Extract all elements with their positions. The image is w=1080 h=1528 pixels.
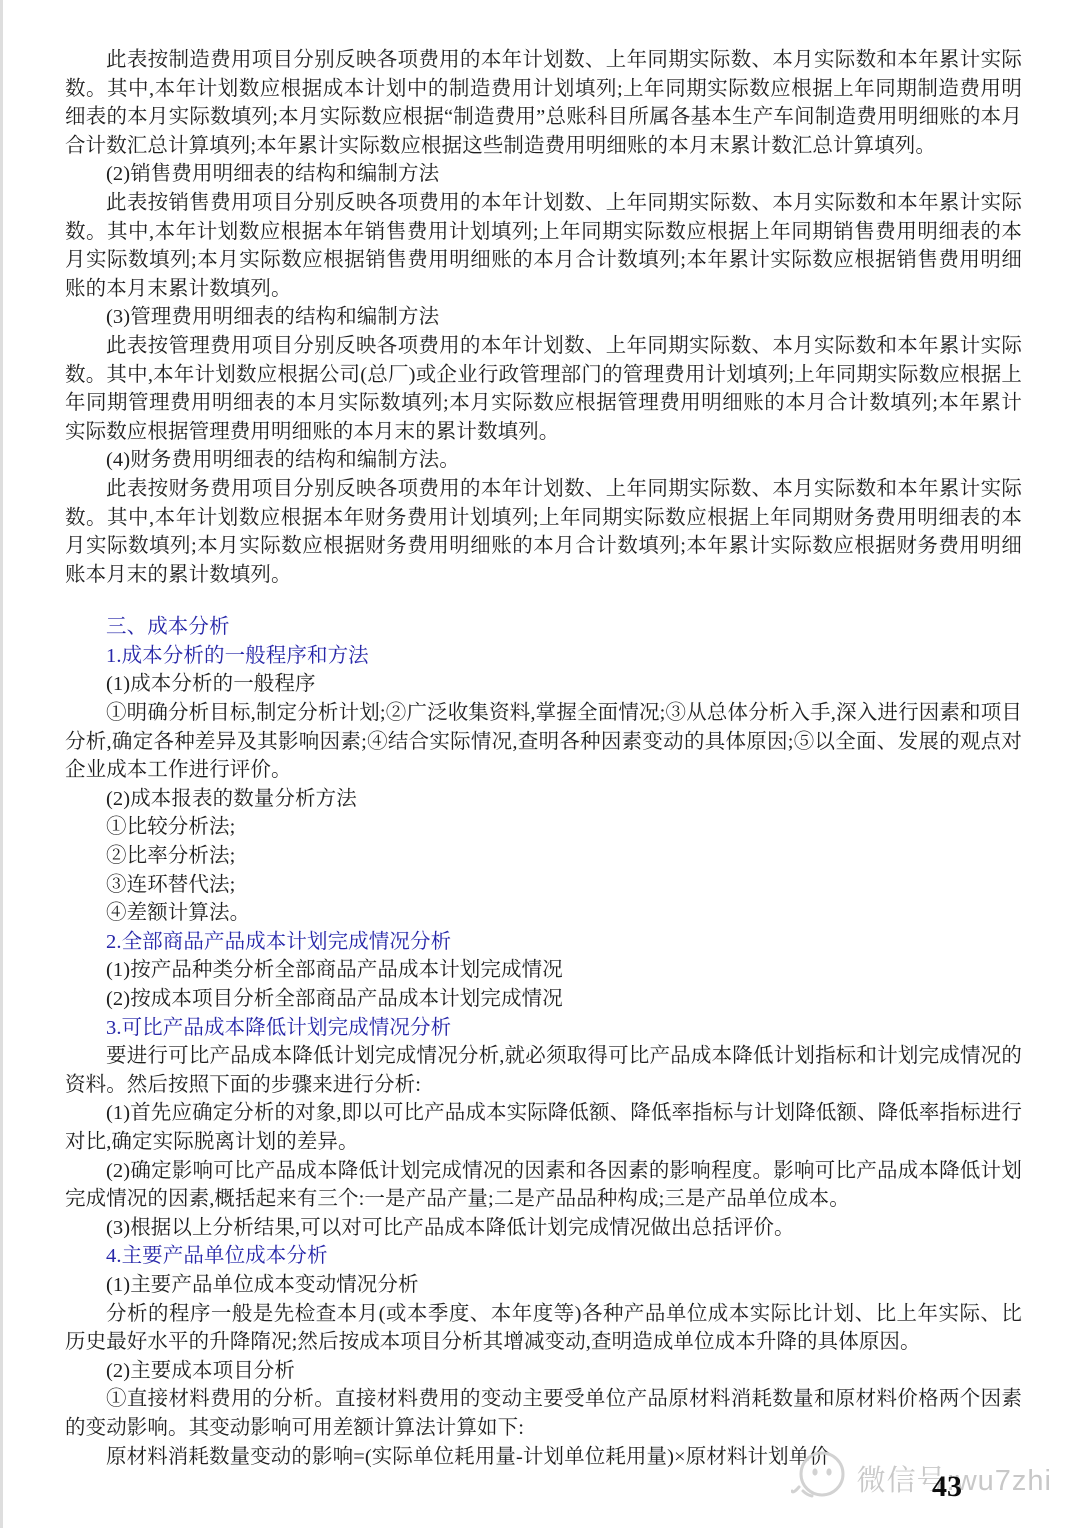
paragraph: (3)管理费用明细表的结构和编制方法 — [65, 303, 1022, 332]
paragraph: (2)按成本项目分析全部商品产品成本计划完成情况 — [65, 985, 1022, 1014]
paragraph: ①明确分析目标,制定分析计划;②广泛收集资料,掌握全面情况;③从总体分析入手,深… — [65, 699, 1022, 785]
paragraph: (1)成本分析的一般程序 — [65, 670, 1022, 699]
paragraph: ④差额计算法。 — [65, 899, 1022, 928]
paragraph: (2)主要成本项目分析 — [65, 1357, 1022, 1386]
paragraph: (4)财务费用明细表的结构和编制方法。 — [65, 446, 1022, 475]
section-heading: 三、成本分析 — [65, 613, 1022, 642]
document-page: 此表按制造费用项目分别反映各项费用的本年计划数、上年同期实际数、本月实际数和本年… — [0, 0, 1080, 1528]
paragraph: (1)首先应确定分析的对象,即以可比产品成本实际降低额、降低率指标与计划降低额、… — [65, 1099, 1022, 1156]
paragraph: ①比较分析法; — [65, 813, 1022, 842]
document-body: 此表按制造费用项目分别反映各项费用的本年计划数、上年同期实际数、本月实际数和本年… — [3, 0, 1080, 1471]
section-heading: 2.全部商品产品成本计划完成情况分析 — [65, 928, 1022, 957]
paragraph: 此表按销售费用项目分别反映各项费用的本年计划数、上年同期实际数、本月实际数和本年… — [65, 189, 1022, 303]
paragraph: 要进行可比产品成本降低计划完成情况分析,就必须取得可比产品成本降低计划指标和计划… — [65, 1042, 1022, 1099]
section-heading: 3.可比产品成本降低计划完成情况分析 — [65, 1014, 1022, 1043]
paragraph: (1)主要产品单位成本变动情况分析 — [65, 1271, 1022, 1300]
paragraph: ③连环替代法; — [65, 871, 1022, 900]
paragraph: (2)成本报表的数量分析方法 — [65, 785, 1022, 814]
section-heading: 1.成本分析的一般程序和方法 — [65, 642, 1022, 671]
paragraph: 分析的程序一般是先检查本月(或本季度、本年度等)各种产品单位成本实际比计划、比上… — [65, 1300, 1022, 1357]
paragraph: (3)根据以上分析结果,可以对可比产品成本降低计划完成情况做出总括评价。 — [65, 1214, 1022, 1243]
paragraph: 此表按财务费用项目分别反映各项费用的本年计划数、上年同期实际数、本月实际数和本年… — [65, 475, 1022, 589]
paragraph: (2)销售费用明细表的结构和编制方法 — [65, 160, 1022, 189]
paragraph: ②比率分析法; — [65, 842, 1022, 871]
paragraph: ①直接材料费用的分析。直接材料费用的变动主要受单位产品原材料消耗数量和原材料价格… — [65, 1385, 1022, 1442]
paragraph: 原材料消耗数量变动的影响=(实际单位耗用量-计划单位耗用量)×原材料计划单价 — [65, 1443, 1022, 1472]
page-number: 43 — [932, 1470, 962, 1504]
paragraph: 此表按管理费用项目分别反映各项费用的本年计划数、上年同期实际数、本月实际数和本年… — [65, 332, 1022, 446]
section-heading: 4.主要产品单位成本分析 — [65, 1242, 1022, 1271]
paragraph: (1)按产品种类分析全部商品产品成本计划完成情况 — [65, 956, 1022, 985]
paragraph: 此表按制造费用项目分别反映各项费用的本年计划数、上年同期实际数、本月实际数和本年… — [65, 46, 1022, 160]
paragraph: (2)确定影响可比产品成本降低计划完成情况的因素和各因素的影响程度。影响可比产品… — [65, 1157, 1022, 1214]
